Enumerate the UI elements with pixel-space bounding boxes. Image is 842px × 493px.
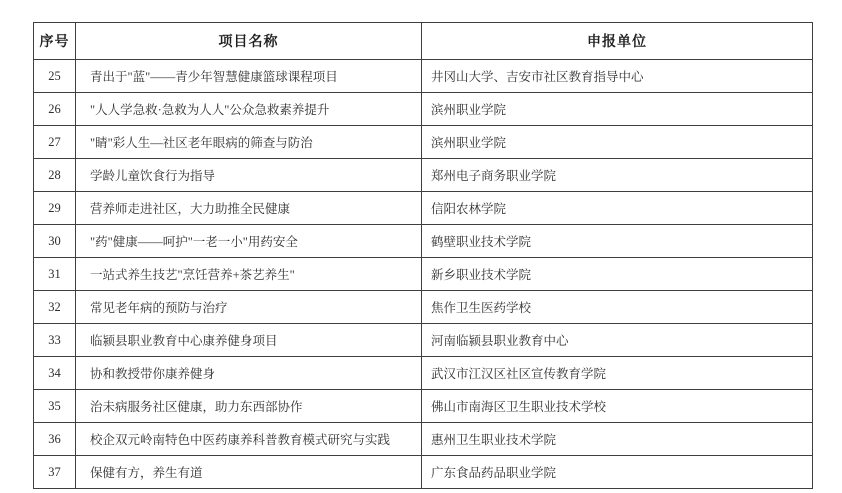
table-row: 37保健有方，养生有道广东食品药品职业学院 [34, 456, 813, 489]
row-number-cell: 31 [34, 258, 76, 291]
unit-name-cell: 新乡职业技术学院 [422, 258, 813, 291]
row-number-cell: 33 [34, 324, 76, 357]
table-row: 35治未病服务社区健康，助力东西部协作佛山市南海区卫生职业技术学校 [34, 390, 813, 423]
project-name-cell: "药"健康——呵护"一老一小"用药安全 [76, 225, 422, 258]
table-row: 31一站式养生技艺"烹饪营养+茶艺养生"新乡职业技术学院 [34, 258, 813, 291]
unit-name-cell: 广东食品药品职业学院 [422, 456, 813, 489]
project-name-cell: 常见老年病的预防与治疗 [76, 291, 422, 324]
row-number-cell: 34 [34, 357, 76, 390]
unit-name-cell: 武汉市江汉区社区宣传教育学院 [422, 357, 813, 390]
table-row: 29营养师走进社区，大力助推全民健康信阳农林学院 [34, 192, 813, 225]
table-header: 序号 项目名称 申报单位 [34, 23, 813, 60]
project-name-cell: 学龄儿童饮食行为指导 [76, 159, 422, 192]
header-row: 序号 项目名称 申报单位 [34, 23, 813, 60]
header-cell-unit: 申报单位 [422, 23, 813, 60]
row-number-cell: 26 [34, 93, 76, 126]
unit-name-cell: 鹤壁职业技术学院 [422, 225, 813, 258]
row-number-cell: 30 [34, 225, 76, 258]
header-cell-number: 序号 [34, 23, 76, 60]
project-name-cell: 校企双元岭南特色中医药康养科普教育模式研究与实践 [76, 423, 422, 456]
unit-name-cell: 焦作卫生医药学校 [422, 291, 813, 324]
project-name-cell: 保健有方，养生有道 [76, 456, 422, 489]
project-name-cell: 青出于"蓝"——青少年智慧健康篮球课程项目 [76, 60, 422, 93]
row-number-cell: 28 [34, 159, 76, 192]
row-number-cell: 25 [34, 60, 76, 93]
table-row: 32常见老年病的预防与治疗焦作卫生医药学校 [34, 291, 813, 324]
project-name-cell: 治未病服务社区健康，助力东西部协作 [76, 390, 422, 423]
table-row: 26"人人学急救·急救为人人"公众急救素养提升滨州职业学院 [34, 93, 813, 126]
unit-name-cell: 滨州职业学院 [422, 93, 813, 126]
unit-name-cell: 郑州电子商务职业学院 [422, 159, 813, 192]
project-name-cell: 一站式养生技艺"烹饪营养+茶艺养生" [76, 258, 422, 291]
unit-name-cell: 井冈山大学、吉安市社区教育指导中心 [422, 60, 813, 93]
row-number-cell: 37 [34, 456, 76, 489]
project-name-cell: "人人学急救·急救为人人"公众急救素养提升 [76, 93, 422, 126]
table-row: 25青出于"蓝"——青少年智慧健康篮球课程项目井冈山大学、吉安市社区教育指导中心 [34, 60, 813, 93]
project-name-cell: "睛"彩人生—社区老年眼病的筛查与防治 [76, 126, 422, 159]
unit-name-cell: 佛山市南海区卫生职业技术学校 [422, 390, 813, 423]
project-table-container: 序号 项目名称 申报单位 25青出于"蓝"——青少年智慧健康篮球课程项目井冈山大… [33, 22, 813, 489]
row-number-cell: 35 [34, 390, 76, 423]
unit-name-cell: 滨州职业学院 [422, 126, 813, 159]
project-name-cell: 协和教授带你康养健身 [76, 357, 422, 390]
table-row: 28学龄儿童饮食行为指导郑州电子商务职业学院 [34, 159, 813, 192]
table-body: 25青出于"蓝"——青少年智慧健康篮球课程项目井冈山大学、吉安市社区教育指导中心… [34, 60, 813, 489]
document-page: 序号 项目名称 申报单位 25青出于"蓝"——青少年智慧健康篮球课程项目井冈山大… [0, 0, 842, 493]
table-row: 33临颍县职业教育中心康养健身项目河南临颍县职业教育中心 [34, 324, 813, 357]
unit-name-cell: 信阳农林学院 [422, 192, 813, 225]
unit-name-cell: 惠州卫生职业技术学院 [422, 423, 813, 456]
row-number-cell: 36 [34, 423, 76, 456]
table-row: 36校企双元岭南特色中医药康养科普教育模式研究与实践惠州卫生职业技术学院 [34, 423, 813, 456]
row-number-cell: 27 [34, 126, 76, 159]
header-cell-project-name: 项目名称 [76, 23, 422, 60]
project-name-cell: 临颍县职业教育中心康养健身项目 [76, 324, 422, 357]
project-table: 序号 项目名称 申报单位 25青出于"蓝"——青少年智慧健康篮球课程项目井冈山大… [33, 22, 813, 489]
project-name-cell: 营养师走进社区，大力助推全民健康 [76, 192, 422, 225]
table-row: 30"药"健康——呵护"一老一小"用药安全鹤壁职业技术学院 [34, 225, 813, 258]
table-row: 27"睛"彩人生—社区老年眼病的筛查与防治滨州职业学院 [34, 126, 813, 159]
row-number-cell: 32 [34, 291, 76, 324]
table-row: 34协和教授带你康养健身武汉市江汉区社区宣传教育学院 [34, 357, 813, 390]
row-number-cell: 29 [34, 192, 76, 225]
unit-name-cell: 河南临颍县职业教育中心 [422, 324, 813, 357]
